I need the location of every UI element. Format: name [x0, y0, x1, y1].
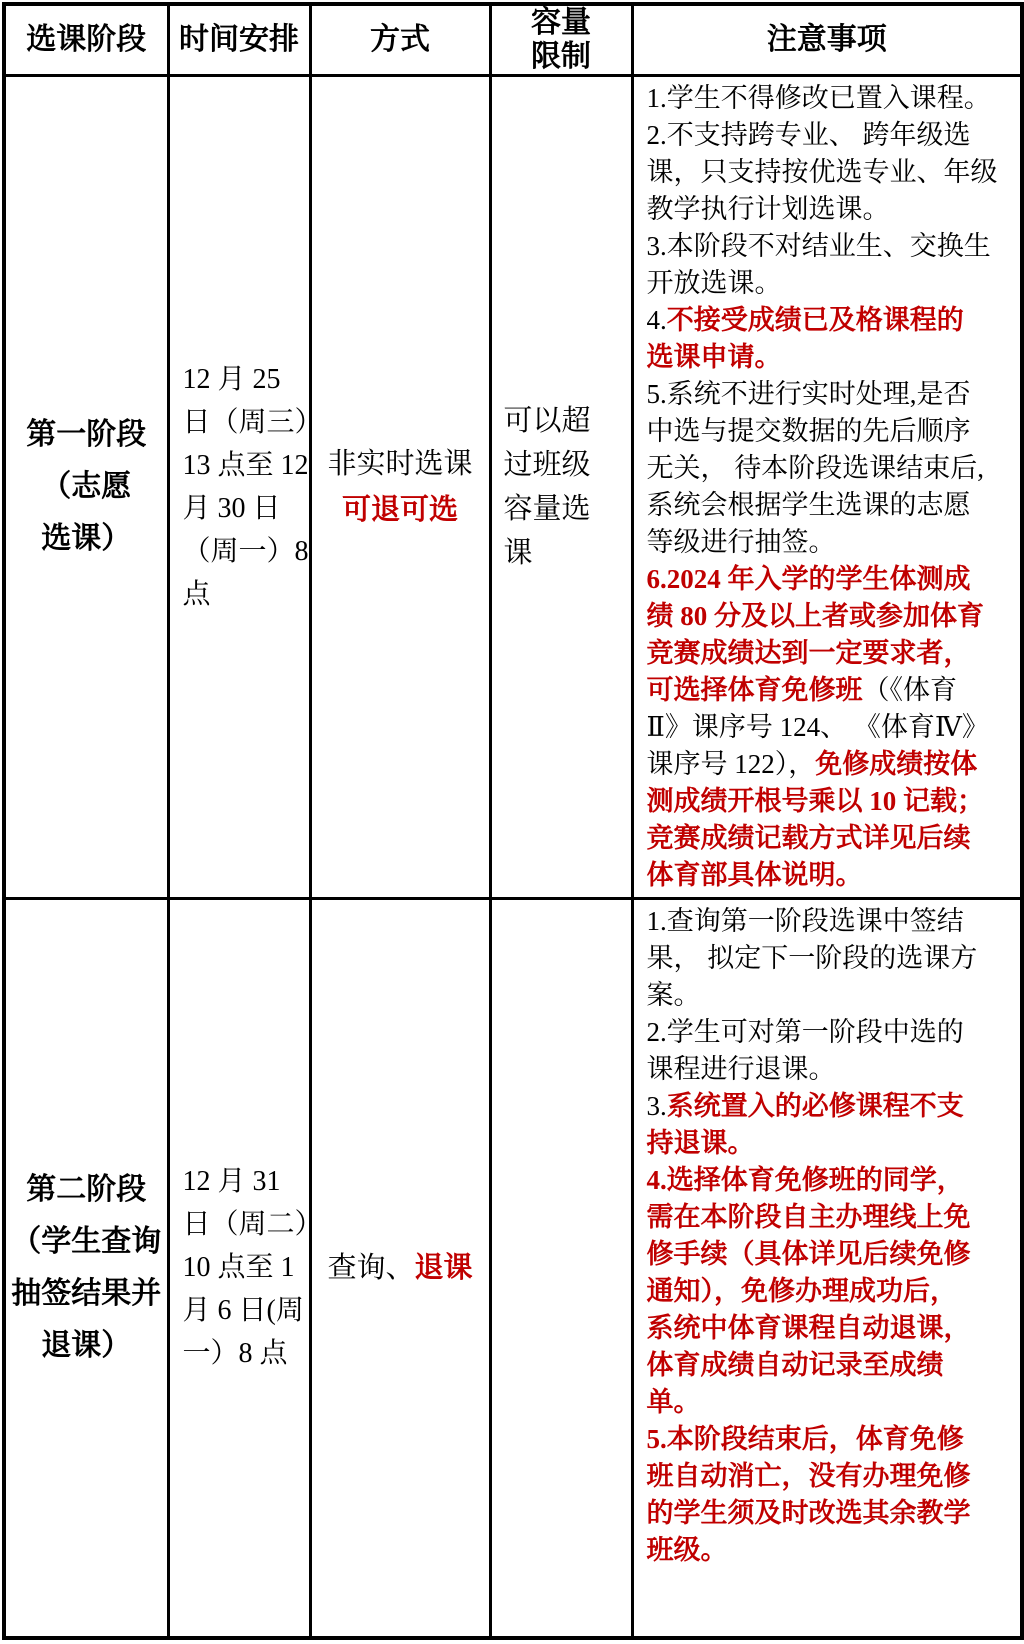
note-item: 3.系统置入的必修课程不支 持退课。 — [647, 1088, 1017, 1162]
text-segment: 4. — [647, 305, 667, 335]
text-segment: 1.学生不得修改已置入课程。 — [647, 83, 991, 113]
text-segment: 2.不支持跨专业、 跨年级选 课，只支持按优选专业、年级 教学执行计划选课。 — [647, 120, 998, 224]
text-segment: 可退可选 — [342, 494, 458, 526]
note-item: 3.本阶段不对结业生、交换生 开放选课。 — [647, 228, 1017, 302]
phase1-method-cell: 非实时选课 可退可选 — [310, 76, 490, 899]
text-segment: 3.本阶段不对结业生、交换生 开放选课。 — [647, 231, 991, 298]
text-segment: 2.学生可对第一阶段中选的 课程进行退课。 — [647, 1017, 964, 1084]
phase2-name-cell: 第二阶段 （学生查询 抽签结果并 退课） — [4, 898, 168, 1638]
phase2-capacity-cell — [490, 898, 632, 1638]
header-cell-notes: 注意事项 — [632, 4, 1022, 76]
note-item: 4.选择体育免修班的同学， 需在本阶段自主办理线上免 修手续（具体详见后续免修 … — [647, 1162, 1017, 1421]
header-row: 选课阶段 时间安排 方式 容量 限制 注意事项 — [4, 4, 1022, 76]
phase1-notes-cell: 1.学生不得修改已置入课程。2.不支持跨专业、 跨年级选 课，只支持按优选专业、… — [632, 76, 1022, 899]
phase1-capacity-cell: 可以超 过班级 容量选 课 — [490, 76, 632, 899]
note-item: 4.不接受成绩已及格课程的 选课申请。 — [647, 302, 1017, 376]
header-cell-phase: 选课阶段 — [4, 4, 168, 76]
text-segment: 3. — [647, 1091, 667, 1121]
text-segment: 退课 — [415, 1252, 473, 1284]
text-segment: 系统置入的必修课程不支 持退课。 — [647, 1091, 964, 1158]
note-item: 1.学生不得修改已置入课程。 — [647, 80, 1017, 117]
phase2-notes-cell: 1.查询第一阶段选课中签结 果， 拟定下一阶段的选课方 案。2.学生可对第一阶段… — [632, 898, 1022, 1638]
phase2-time-cell: 12 月 31 日（周二） 10 点至 1 月 6 日(周 一）8 点 — [168, 898, 310, 1638]
header-cell-capacity: 容量 限制 — [490, 4, 632, 76]
table-row-phase1: 第一阶段 （志愿 选课） 12 月 25 日（周三） 13 点至 12 月 30… — [4, 76, 1022, 899]
header-cell-method: 方式 — [310, 4, 490, 76]
phase1-time-cell: 12 月 25 日（周三） 13 点至 12 月 30 日 （周一）8 点 — [168, 76, 310, 899]
text-segment: 不接受成绩已及格课程的 选课申请。 — [647, 305, 964, 372]
text-segment: 4.选择体育免修班的同学， 需在本阶段自主办理线上免 修手续（具体详见后续免修 … — [647, 1165, 971, 1417]
note-item: 2.学生可对第一阶段中选的 课程进行退课。 — [647, 1014, 1017, 1088]
text-segment: 查询、 — [327, 1252, 414, 1284]
text-segment: 1.查询第一阶段选课中签结 果， 拟定下一阶段的选课方 案。 — [647, 906, 978, 1010]
phase1-name-cell: 第一阶段 （志愿 选课） — [4, 76, 168, 899]
text-segment: 5.本阶段结束后，体育免修 班自动消亡，没有办理免修 的学生须及时改选其余教学 … — [647, 1424, 971, 1565]
text-segment: 非实时选课 — [327, 448, 472, 480]
note-item: 5.系统不进行实时处理,是否 中选与提交数据的先后顺序 无关， 待本阶段选课结束… — [647, 376, 1017, 561]
phase2-method-cell: 查询、退课 — [310, 898, 490, 1638]
table-row-phase2: 第二阶段 （学生查询 抽签结果并 退课） 12 月 31 日（周二） 10 点至… — [4, 898, 1022, 1638]
header-cell-time: 时间安排 — [168, 4, 310, 76]
text-segment: 5.系统不进行实时处理,是否 中选与提交数据的先后顺序 无关， 待本阶段选课结束… — [647, 379, 985, 557]
note-item: 1.查询第一阶段选课中签结 果， 拟定下一阶段的选课方 案。 — [647, 903, 1017, 1014]
note-item: 2.不支持跨专业、 跨年级选 课，只支持按优选专业、年级 教学执行计划选课。 — [647, 117, 1017, 228]
note-item: 6.2024 年入学的学生体测成 绩 80 分及以上者或参加体育 竞赛成绩达到一… — [647, 561, 1017, 894]
course-selection-table: 选课阶段 时间安排 方式 容量 限制 注意事项 第一阶段 （志愿 选课） 12 … — [2, 2, 1024, 1640]
note-item: 5.本阶段结束后，体育免修 班自动消亡，没有办理免修 的学生须及时改选其余教学 … — [647, 1421, 1017, 1569]
